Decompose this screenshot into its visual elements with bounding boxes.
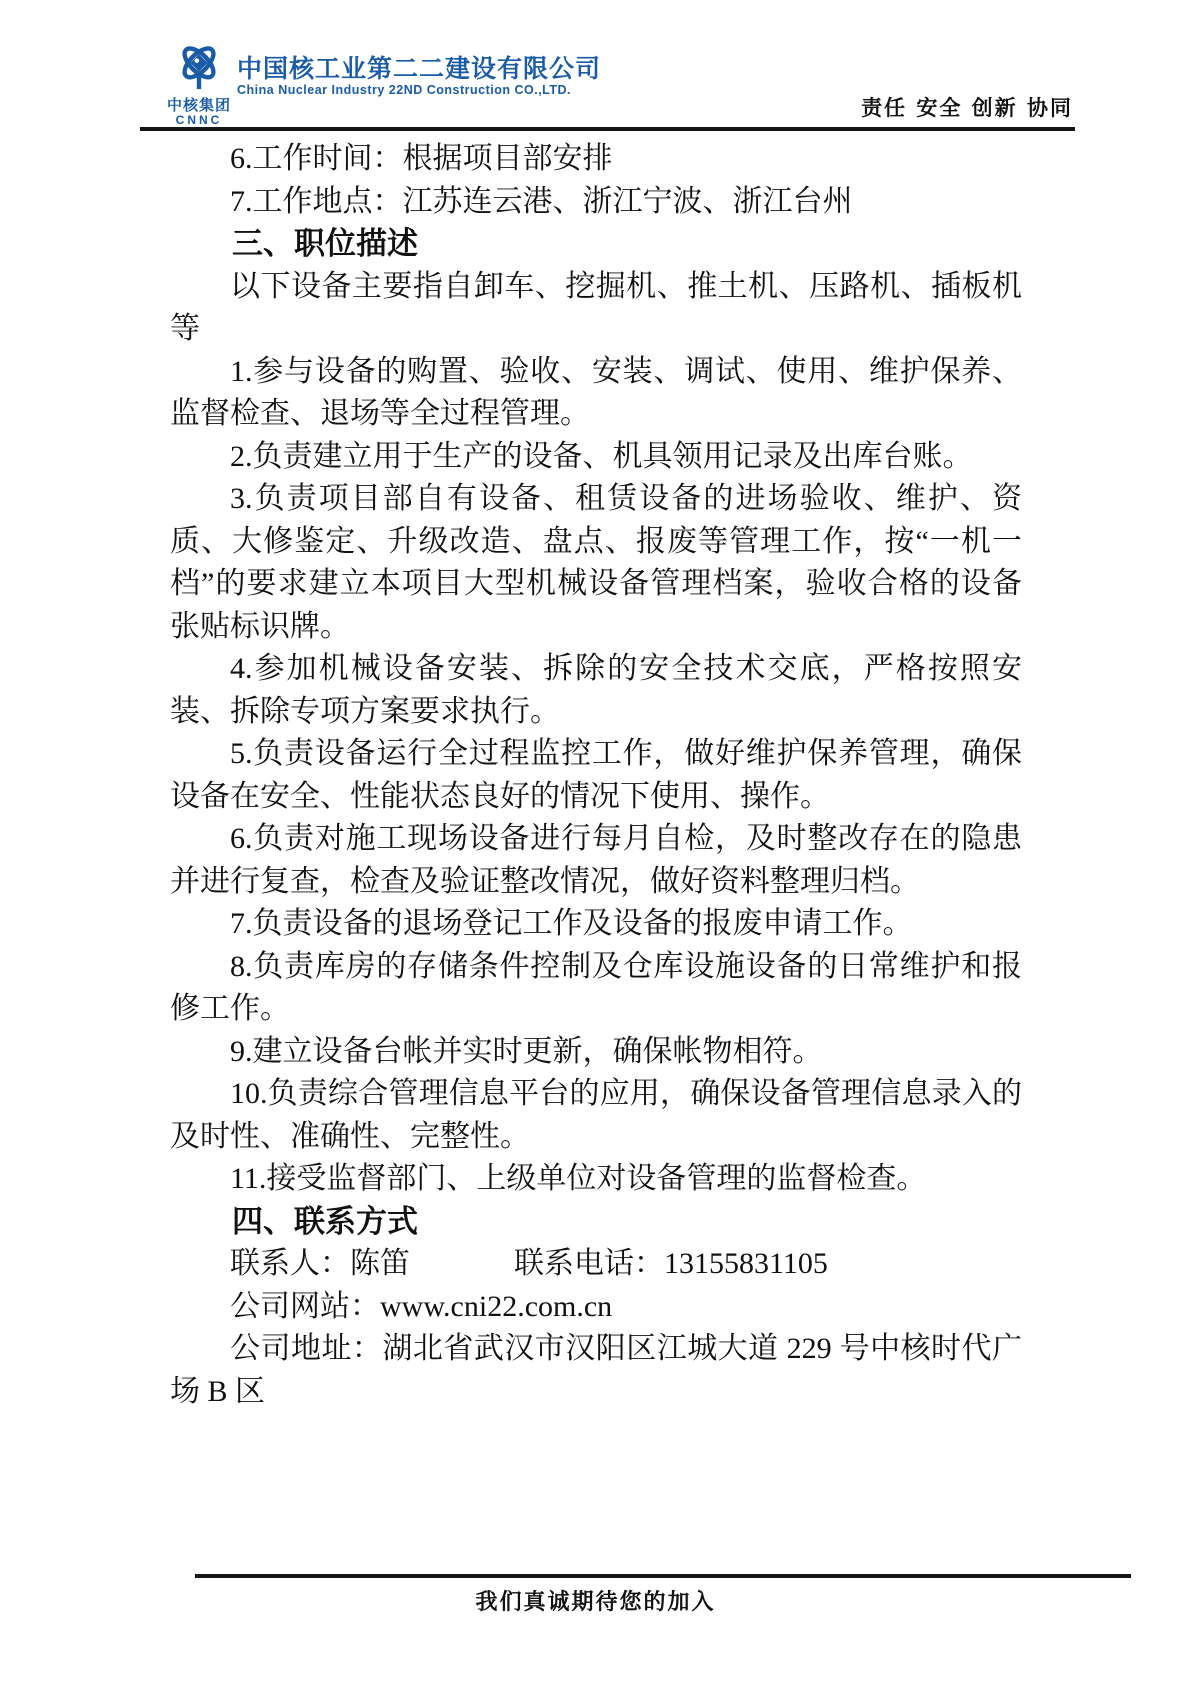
contact-line: 联系人：陈笛联系电话：13155831105 <box>170 1243 1022 1286</box>
cnnc-logo: 中核集团 CNNC <box>156 40 242 127</box>
document-body: 6.工作时间：根据项目部安排 7.工作地点：江苏连云港、浙江宁波、浙江台州 三、… <box>170 138 1022 1413</box>
document-page: 中核集团 CNNC 中国核工业第二二建设有限公司 China Nuclear I… <box>0 0 1191 1684</box>
footer-slogan: 我们真诚期待您的加入 <box>0 1585 1191 1616</box>
paragraph-duty-11: 11.接受监督部门、上级单位对设备管理的监督检查。 <box>170 1158 1022 1201</box>
paragraph-duty-9: 9.建立设备台帐并实时更新，确保帐物相符。 <box>170 1031 1022 1074</box>
section-heading-job-description: 三、职位描述 <box>170 223 1022 266</box>
paragraph-equipment-scope: 以下设备主要指自卸车、挖掘机、推土机、压路机、插板机等 <box>170 266 1022 351</box>
contact-phone: 联系电话：13155831105 <box>514 1247 828 1280</box>
section-heading-contact: 四、联系方式 <box>170 1201 1022 1244</box>
page-footer: 我们真诚期待您的加入 <box>0 1574 1191 1616</box>
company-name-cn: 中国核工业第二二建设有限公司 <box>237 56 601 83</box>
atom-icon <box>171 40 227 98</box>
paragraph-duty-7: 7.负责设备的退场登记工作及设备的报废申请工作。 <box>170 903 1022 946</box>
paragraph-work-time: 6.工作时间：根据项目部安排 <box>170 138 1022 181</box>
paragraph-duty-10: 10.负责综合管理信息平台的应用，确保设备管理信息录入的及时性、准确性、完整性。 <box>170 1073 1022 1158</box>
paragraph-duty-8: 8.负责库房的存储条件控制及仓库设施设备的日常维护和报修工作。 <box>170 946 1022 1031</box>
paragraph-duty-4: 4.参加机械设备安装、拆除的安全技术交底，严格按照安装、拆除专项方案要求执行。 <box>170 648 1022 733</box>
logo-group-name: 中核集团 <box>156 98 242 114</box>
header-slogan: 责任 安全 创新 协同 <box>861 92 1073 122</box>
paragraph-duty-3: 3.负责项目部自有设备、租赁设备的进场验收、维护、资质、大修鉴定、升级改造、盘点… <box>170 478 1022 648</box>
contact-website: 公司网站：www.cni22.com.cn <box>170 1286 1022 1329</box>
paragraph-duty-6: 6.负责对施工现场设备进行每月自检，及时整改存在的隐患并进行复查，检查及验证整改… <box>170 818 1022 903</box>
footer-rule <box>195 1574 1131 1578</box>
company-name-block: 中国核工业第二二建设有限公司 China Nuclear Industry 22… <box>237 56 601 98</box>
logo-group-abbr: CNNC <box>156 114 242 127</box>
paragraph-work-location: 7.工作地点：江苏连云港、浙江宁波、浙江台州 <box>170 181 1022 224</box>
company-name-en: China Nuclear Industry 22ND Construction… <box>237 83 601 98</box>
header-rule <box>140 127 1075 131</box>
paragraph-duty-1: 1.参与设备的购置、验收、安装、调试、使用、维护保养、监督检查、退场等全过程管理… <box>170 351 1022 436</box>
paragraph-duty-5: 5.负责设备运行全过程监控工作，做好维护保养管理，确保设备在安全、性能状态良好的… <box>170 733 1022 818</box>
contact-person: 联系人：陈笛 <box>230 1247 410 1280</box>
page-header: 中核集团 CNNC 中国核工业第二二建设有限公司 China Nuclear I… <box>0 0 1191 132</box>
paragraph-duty-2: 2.负责建立用于生产的设备、机具领用记录及出库台账。 <box>170 436 1022 479</box>
contact-address: 公司地址：湖北省武汉市汉阳区江城大道 229 号中核时代广场 B 区 <box>170 1328 1022 1413</box>
